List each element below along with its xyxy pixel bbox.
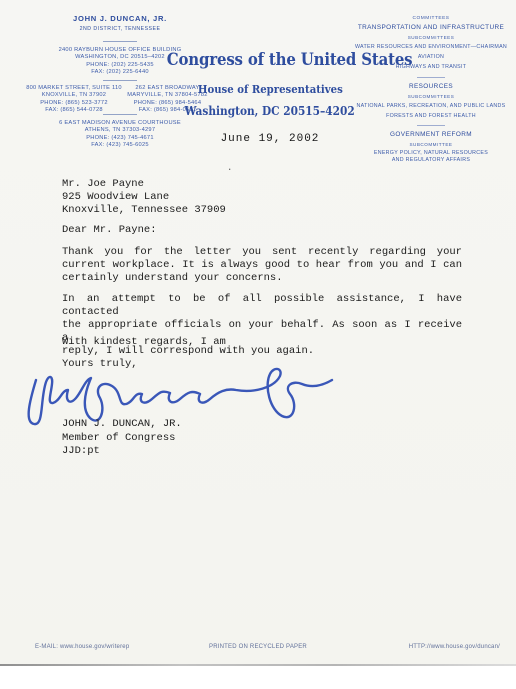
masthead-washington: Washington, DC 20515–4202 xyxy=(185,104,355,118)
typed-signature-title: Member of Congress xyxy=(62,432,182,446)
subcommittee-label: SUBCOMMITTEE xyxy=(350,142,512,147)
subcommittee-item: ENERGY POLICY, NATURAL RESOURCES xyxy=(350,150,512,156)
scan-artifact-dot: . xyxy=(227,163,232,173)
committees-heading: COMMITTEES xyxy=(350,16,512,21)
subcommittee-item: AND REGULATORY AFFAIRS xyxy=(350,157,512,163)
body-line: In an attempt to be of all possible assi… xyxy=(62,293,462,319)
subcommittee-item: HIGHWAYS AND TRANSIT xyxy=(350,64,512,70)
subcommittee-item: FORESTS AND FOREST HEALTH xyxy=(350,113,512,119)
body-line: certainly understand your concerns. xyxy=(62,272,462,285)
body-paragraph-3: With kindest regards, I am xyxy=(62,336,462,349)
sender-name: JOHN J. DUNCAN, JR. xyxy=(30,14,210,23)
body-line: current workplace. It is always good to … xyxy=(62,259,462,272)
scanned-letter-page: JOHN J. DUNCAN, JR. 2ND DISTRICT, TENNES… xyxy=(0,0,516,689)
committees-block: COMMITTEES TRANSPORTATION AND INFRASTRUC… xyxy=(350,16,512,163)
masthead-house: House of Representatives xyxy=(198,82,343,96)
recipient-line: 925 Woodview Lane xyxy=(62,191,226,204)
office-line: 800 MARKET STREET, SUITE 110 xyxy=(18,85,130,92)
divider xyxy=(103,114,137,115)
divider xyxy=(103,80,137,81)
typed-signature-name: JOHN J. DUNCAN, JR. xyxy=(62,418,182,432)
footer-website: HTTP://www.house.gov/duncan/ xyxy=(409,644,500,650)
recipient-line: Mr. Joe Payne xyxy=(62,178,226,191)
recipient-address: Mr. Joe Payne 925 Woodview Lane Knoxvill… xyxy=(62,178,226,217)
scan-edge-shadow xyxy=(0,664,516,666)
office-line: PHONE: (865) 523-3772 xyxy=(18,100,130,107)
divider xyxy=(417,125,445,126)
committee-title: RESOURCES xyxy=(350,83,512,90)
salutation: Dear Mr. Payne: xyxy=(62,224,157,237)
subcommittee-item: WATER RESOURCES AND ENVIRONMENT—CHAIRMAN xyxy=(350,44,512,50)
office-line: KNOXVILLE, TN 37902 xyxy=(18,92,130,99)
typist-initials: JJD:pt xyxy=(62,445,182,459)
body-line: Thank you for the letter you sent recent… xyxy=(62,246,462,259)
subcommittees-label: SUBCOMMITTEES xyxy=(350,35,512,40)
divider xyxy=(417,77,445,78)
committee-title: TRANSPORTATION AND INFRASTRUCTURE xyxy=(350,24,512,31)
body-paragraph-1: Thank you for the letter you sent recent… xyxy=(62,246,462,285)
body-line: With kindest regards, I am xyxy=(62,336,462,349)
divider xyxy=(103,41,137,42)
sender-block: JOHN J. DUNCAN, JR. 2ND DISTRICT, TENNES… xyxy=(30,14,210,32)
subcommittee-item: AVIATION xyxy=(350,54,512,60)
office-knoxville: 800 MARKET STREET, SUITE 110 KNOXVILLE, … xyxy=(18,85,130,115)
committee-title: GOVERNMENT REFORM xyxy=(350,131,512,138)
sender-district: 2ND DISTRICT, TENNESSEE xyxy=(30,26,210,32)
subcommittee-item: NATIONAL PARKS, RECREATION, AND PUBLIC L… xyxy=(350,103,512,109)
recipient-line: Knoxville, Tennessee 37909 xyxy=(62,204,226,217)
subcommittees-label: SUBCOMMITTEES xyxy=(350,94,512,99)
signature-block: JOHN J. DUNCAN, JR. Member of Congress J… xyxy=(62,418,182,459)
